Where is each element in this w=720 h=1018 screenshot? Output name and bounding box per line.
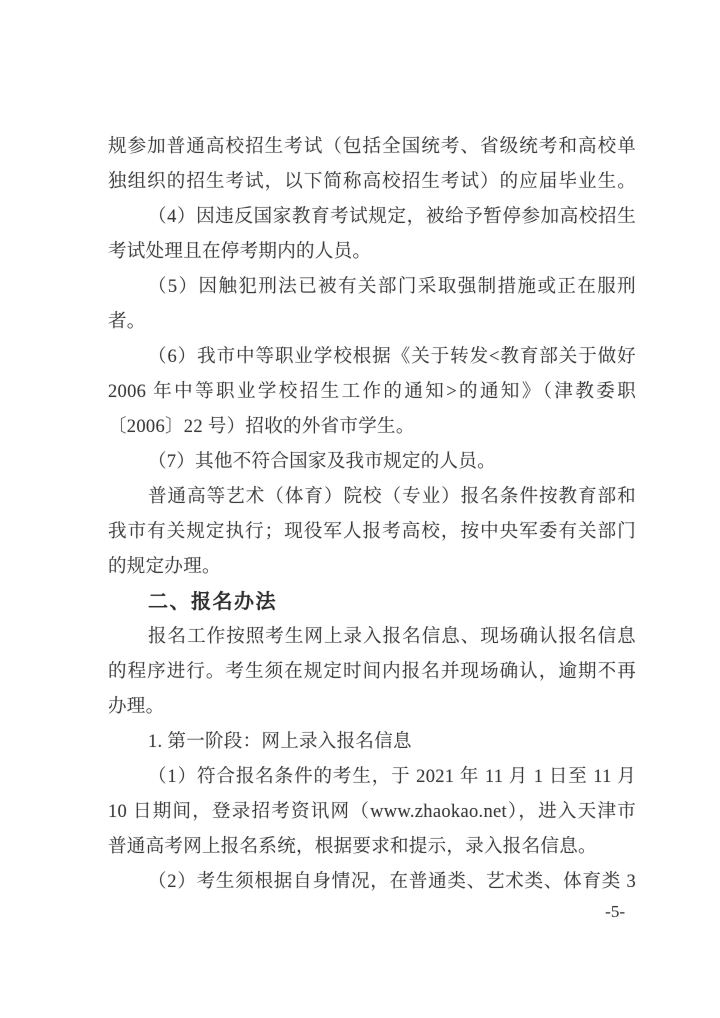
doc-line: 的规定办理。 <box>108 550 636 585</box>
doc-line: 的程序进行。考生须在规定时间内报名并现场确认，逾期不再 <box>108 655 636 690</box>
doc-line: 1. 第一阶段：网上录入报名信息 <box>108 725 636 760</box>
section-heading: 二、报名办法 <box>108 585 636 620</box>
doc-line: （4）因违反国家教育考试规定，被给予暂停参加高校招生 <box>108 200 636 235</box>
doc-line: 普通高考网上报名系统，根据要求和提示，录入报名信息。 <box>108 830 636 865</box>
doc-line: 10 日期间，登录招考资讯网（www.zhaokao.net），进入天津市 <box>108 795 636 830</box>
document-body: 规参加普通高校招生考试（包括全国统考、省级统考和高校单 独组织的招生考试，以下简… <box>108 130 636 900</box>
doc-line: 普通高等艺术（体育）院校（专业）报名条件按教育部和 <box>108 480 636 515</box>
doc-line: （7）其他不符合国家及我市规定的人员。 <box>108 445 636 480</box>
doc-line: 者。 <box>108 305 636 340</box>
doc-line: （5）因触犯刑法已被有关部门采取强制措施或正在服刑 <box>108 270 636 305</box>
doc-line: 2006 年中等职业学校招生工作的通知>的通知》（津教委职 <box>108 375 636 410</box>
doc-line: 规参加普通高校招生考试（包括全国统考、省级统考和高校单 <box>108 130 636 165</box>
doc-line: 办理。 <box>108 690 636 725</box>
doc-line: （1）符合报名条件的考生，于 2021 年 11 月 1 日至 11 月 <box>108 760 636 795</box>
doc-line: （2）考生须根据自身情况，在普通类、艺术类、体育类 3 <box>108 865 636 900</box>
page-number: -5- <box>605 901 625 923</box>
doc-line: 报名工作按照考生网上录入报名信息、现场确认报名信息 <box>108 620 636 655</box>
doc-line: 〔2006〕22 号）招收的外省市学生。 <box>108 410 636 445</box>
document-page: 规参加普通高校招生考试（包括全国统考、省级统考和高校单 独组织的招生考试，以下简… <box>0 0 720 1018</box>
doc-line: 考试处理且在停考期内的人员。 <box>108 235 636 270</box>
doc-line: 独组织的招生考试，以下简称高校招生考试）的应届毕业生。 <box>108 165 636 200</box>
doc-line: （6）我市中等职业学校根据《关于转发<教育部关于做好 <box>108 340 636 375</box>
doc-line: 我市有关规定执行；现役军人报考高校，按中央军委有关部门 <box>108 515 636 550</box>
